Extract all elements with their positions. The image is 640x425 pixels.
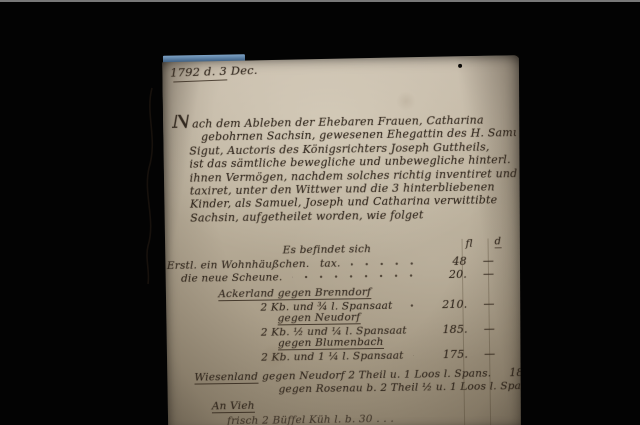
row-value-denar xyxy=(480,318,518,319)
row-value-denar xyxy=(480,343,518,344)
date-annotation: 1792 d. 3 Dec. xyxy=(170,63,258,80)
row-value-florin xyxy=(427,294,479,295)
dot-leader xyxy=(370,316,419,321)
row-value-florin xyxy=(429,420,481,421)
account-rows: Erstl. ein Wohnhäußchen. tax. 48 — die n… xyxy=(165,254,519,425)
dot-leader xyxy=(292,273,419,279)
row-value-denar xyxy=(479,293,517,294)
row-value-denar: — xyxy=(539,366,554,379)
row-value-florin: 185. xyxy=(428,322,480,336)
row-lead-word: Wiesenland xyxy=(194,371,258,385)
row-value-florin: 210. xyxy=(427,297,479,311)
dot-leader xyxy=(350,261,418,266)
opening-paragraph: Nach dem Ableben der Ehebaren Frauen, Ca… xyxy=(172,110,518,225)
row-label: An Vieh xyxy=(212,400,255,414)
row-label: gegen Neudorf xyxy=(278,311,361,325)
date-underline xyxy=(173,79,227,82)
row-value-denar: — xyxy=(480,347,518,361)
row-value-denar: — xyxy=(479,297,517,311)
row-label: die neue Scheune. xyxy=(181,271,283,284)
row-value-florin: 20. xyxy=(427,267,479,281)
row-value-florin: 175. xyxy=(428,347,480,361)
row-value-denar: — xyxy=(479,267,517,281)
row-label: gegen Blumenbach xyxy=(278,336,384,350)
account-table: Es befindet sich Erstl. ein Wohnhäußchen… xyxy=(165,241,520,425)
binding-thread-icon xyxy=(141,86,165,286)
row-value-florin xyxy=(429,406,481,407)
dot-leader xyxy=(265,403,421,409)
row-value-denar xyxy=(481,405,519,406)
dot-leader xyxy=(414,353,421,357)
pin-hole xyxy=(458,64,462,68)
photo-top-edge-line xyxy=(0,0,640,2)
row-value-denar: — xyxy=(480,322,518,336)
row-value-florin: 18. xyxy=(509,366,539,379)
row-value-florin: 21. xyxy=(543,378,573,391)
photo-of-manuscript: 1792 d. 3 Dec. Nach dem Ableben der Eheb… xyxy=(0,0,640,425)
row-value-florin xyxy=(428,344,480,345)
dot-leader xyxy=(404,417,421,421)
row-label: gegen Rosenau b. 2 Theil ½ u. 1 Loos l. … xyxy=(279,379,525,394)
row-label: frisch 2 Büffel Küh l. b. 30 . . . xyxy=(227,412,394,425)
manuscript-page: 1792 d. 3 Dec. Nach dem Ableben der Eheb… xyxy=(162,55,525,425)
dot-leader xyxy=(381,291,419,296)
row-value-denar: — xyxy=(479,254,517,268)
row-value-denar xyxy=(481,420,519,421)
row-value-florin xyxy=(428,319,480,320)
row-label: Erstl. ein Wohnhäußchen. tax. xyxy=(167,258,341,272)
dot-leader xyxy=(402,303,419,307)
dot-leader xyxy=(394,341,420,345)
row-label: 2 Kb. und 1 ¼ l. Spansaat xyxy=(261,349,404,363)
dot-leader xyxy=(417,328,420,332)
row-value-denar: — xyxy=(573,378,588,391)
